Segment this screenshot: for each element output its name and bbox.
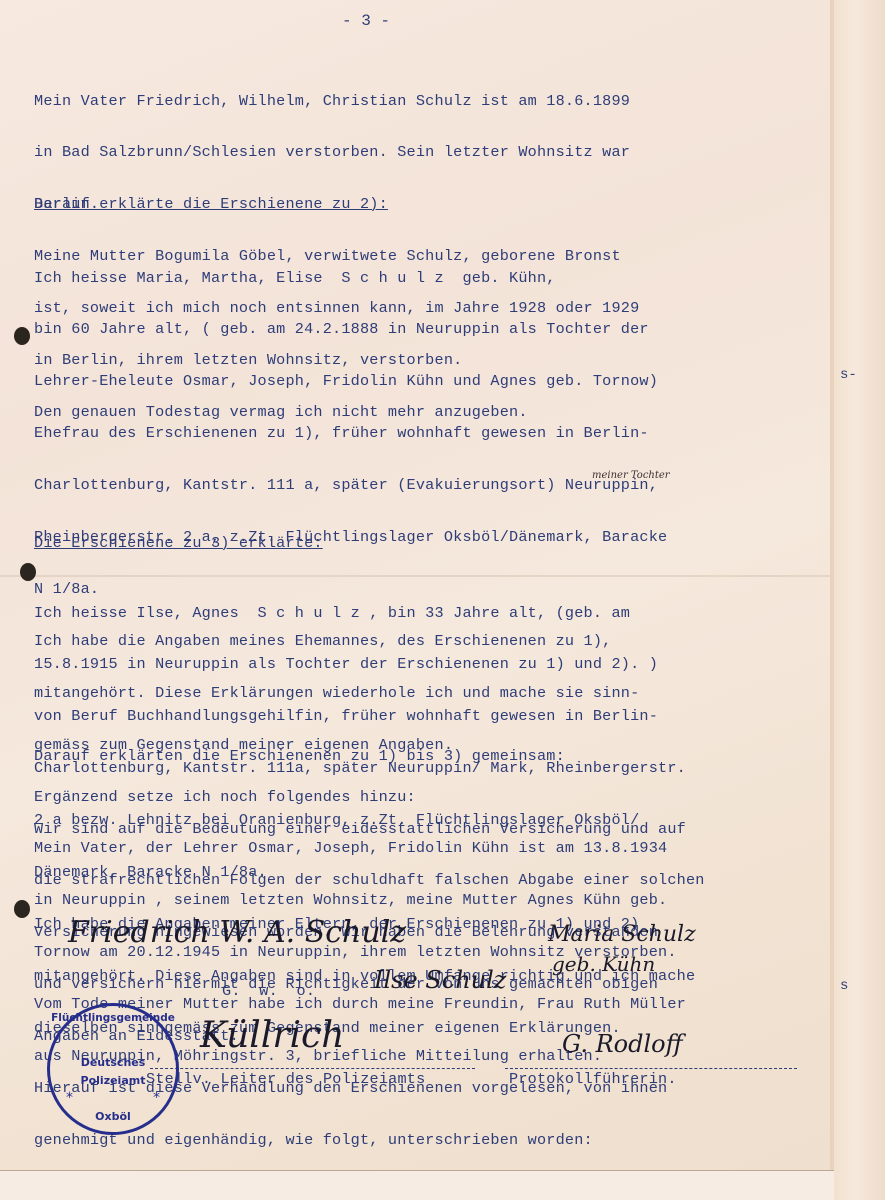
stamp-bottom-text: Oxböl [50, 1110, 176, 1123]
text-line: genehmigt und eigenhändig, wie folgt, un… [34, 1132, 705, 1149]
signature-line-left [150, 1068, 475, 1069]
police-office-stamp: Flüchtlingsgemeinde Deutsches Polizeiamt… [47, 1003, 179, 1135]
text-line: 15.8.1915 in Neuruppin als Tochter der E… [34, 656, 695, 673]
margin-mark: s [840, 978, 848, 994]
section-heading-3: Die Erschienene zu 3) erklärte: [34, 535, 323, 552]
paper-fold-flap [834, 0, 885, 1200]
signature-maria-schulz: Maria Schulz [548, 922, 696, 947]
role-deputy-police-chief: Stellv. Leiter des Polizeiamts [146, 1071, 425, 1088]
text-line: Charlottenburg, Kantstr. 111 a, später (… [34, 477, 686, 494]
signature-maria-geb-kuehn: geb. Kühn [552, 952, 655, 976]
signature-recorder: G. Rodloff [562, 1030, 683, 1058]
section-heading-4: Darauf erklärten die Erschienenen zu 1) … [34, 748, 565, 765]
signature-friedrich-schulz: Friedrich W. A. Schulz [68, 915, 406, 950]
role-recorder: Protokollführerin. [509, 1071, 677, 1088]
stamp-arc-text: Flüchtlingsgemeinde [50, 1012, 176, 1024]
gwo-label: G. w. o. [222, 983, 315, 1000]
text-line: die strafrechtlichen Folgen der schuldha… [34, 872, 705, 889]
margin-mark: s- [840, 367, 857, 383]
text-line: Ich heisse Maria, Martha, Elise S c h u … [34, 270, 686, 287]
punch-hole-bottom [14, 900, 30, 918]
signature-police-deputy: Küllrich [200, 1015, 344, 1056]
star-icon: * [153, 1090, 160, 1106]
punch-hole-top [14, 327, 30, 345]
signature-line-right [505, 1068, 797, 1069]
section-heading-2: Darauf erklärte die Erschienene zu 2): [34, 196, 388, 213]
page-number: - 3 - [342, 12, 390, 30]
handwritten-insert: meiner Tochter [592, 470, 670, 481]
star-icon: * [66, 1090, 73, 1106]
signature-ilse-schulz: Ilse Schulz [374, 966, 506, 994]
stamp-line-1: Deutsches [50, 1056, 176, 1069]
page-bottom-edge [0, 1170, 834, 1200]
text-line: bin 60 Jahre alt, ( geb. am 24.2.1888 in… [34, 321, 686, 338]
text-line: Mein Vater Friedrich, Wilhelm, Christian… [34, 93, 639, 110]
text-line: Ehefrau des Erschienenen zu 1), früher w… [34, 425, 686, 442]
text-line: von Beruf Buchhandlungsgehilfin, früher … [34, 708, 695, 725]
stamp-line-2: Polizeiamt [50, 1074, 176, 1087]
text-line: Lehrer-Eheleute Osmar, Joseph, Fridolin … [34, 373, 686, 390]
text-line: Ich heisse Ilse, Agnes S c h u l z , bin… [34, 605, 695, 622]
text-line: und versichern hiermit die Richtigkeit d… [34, 976, 705, 993]
text-line: Wir sind auf die Bedeutung einer eidesst… [34, 821, 705, 838]
text-line: in Bad Salzbrunn/Schlesien verstorben. S… [34, 144, 639, 161]
